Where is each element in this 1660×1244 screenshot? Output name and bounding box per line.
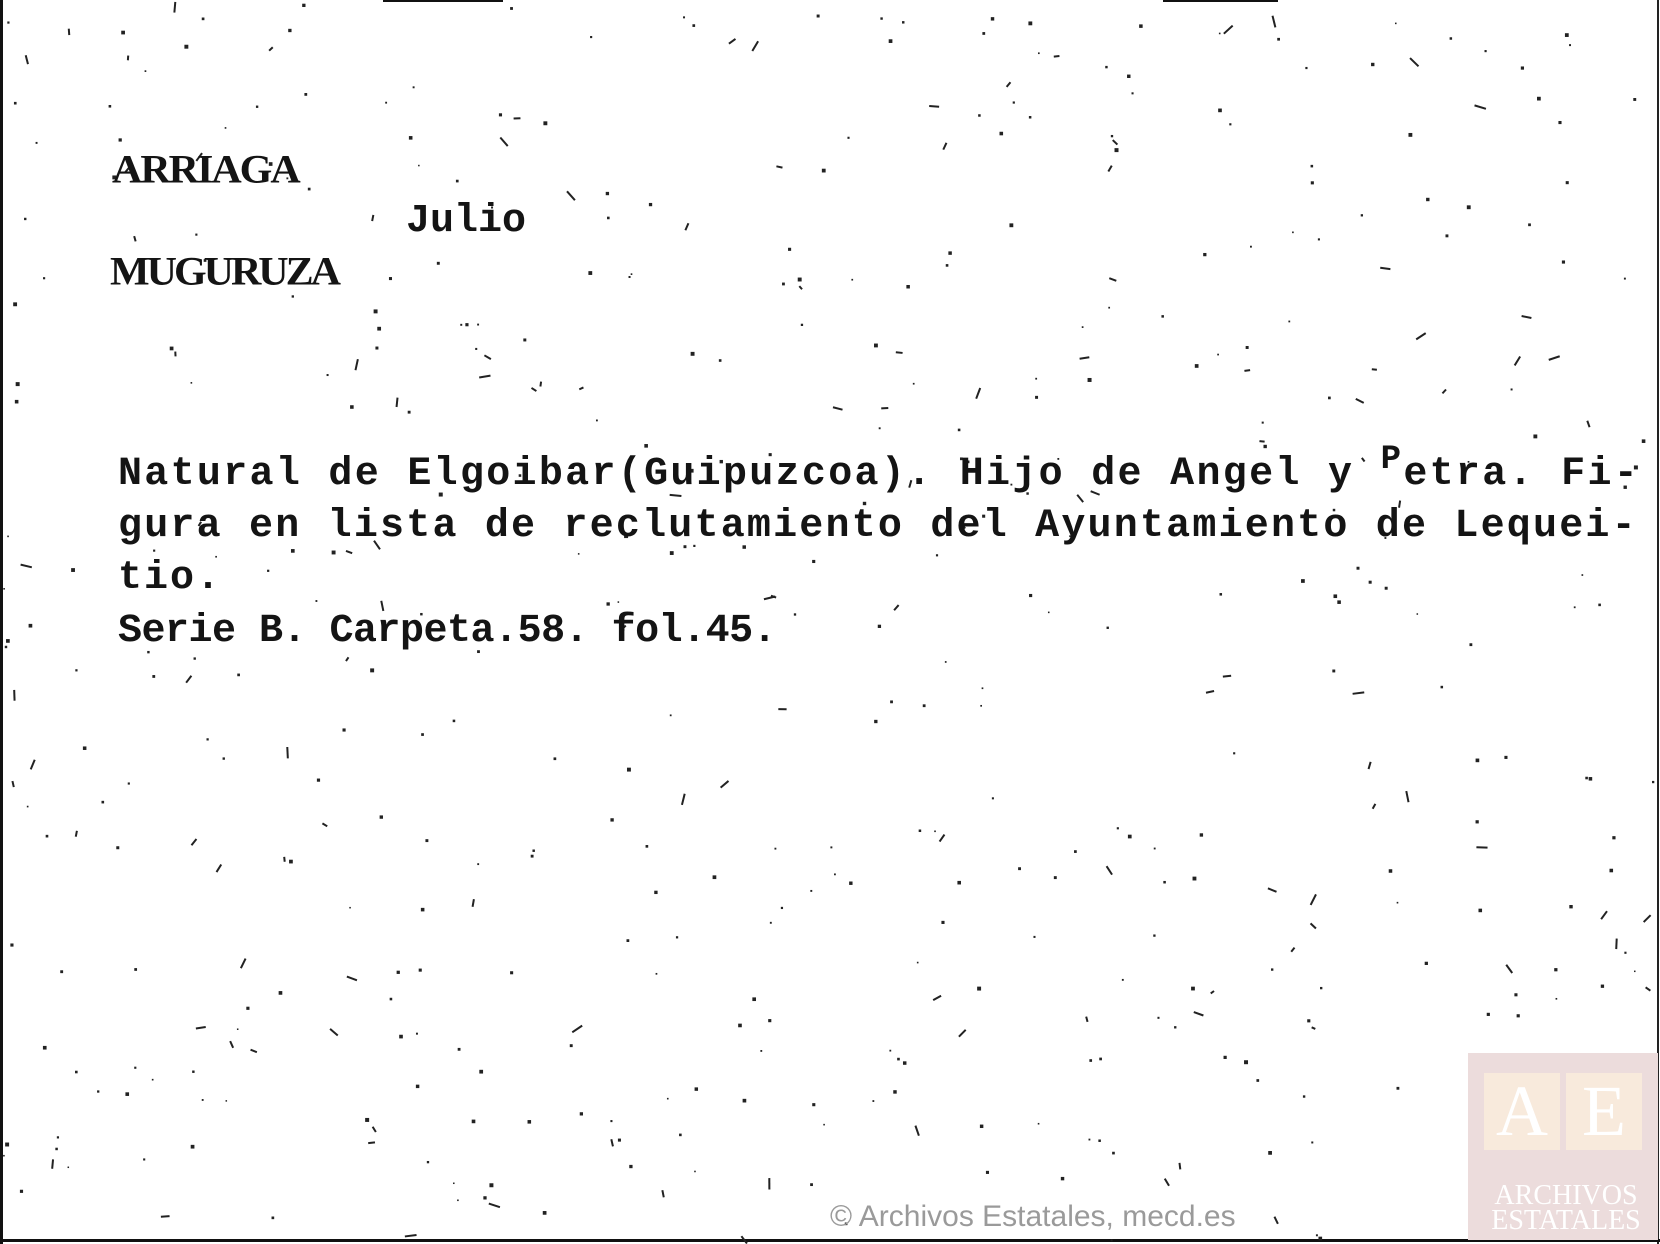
body-line-1-raised-letter: P — [1381, 441, 1404, 479]
body-line-1-text: Natural de Elgoibar(Guipuzcoa). Hijo de … — [118, 452, 1381, 497]
body-line-1-rest: etra. Fi- — [1403, 452, 1640, 497]
body-line-3: tio. — [118, 559, 222, 599]
card-top-edge — [1163, 0, 1278, 2]
given-name: Julio — [406, 202, 526, 242]
body-line-1: Natural de Elgoibar(Guipuzcoa). Hijo de … — [118, 455, 1640, 495]
logo-letter-e: E — [1566, 1073, 1642, 1150]
surname-second: MUGURUZA — [110, 252, 338, 292]
copyright-notice: © Archivos Estatales, mecd.es — [830, 1200, 1236, 1234]
body-line-2: gura en lista de reclutamiento del Ayunt… — [118, 507, 1638, 547]
logo-letter-a: A — [1484, 1073, 1560, 1150]
card-bottom-edge — [0, 1239, 1660, 1242]
card-top-edge — [383, 0, 503, 2]
logo-text-estatales: ESTATALES — [1480, 1208, 1652, 1234]
card-left-edge — [0, 0, 3, 1244]
body-line-4-reference: Serie B. Carpeta.58. fol.45. — [118, 612, 776, 652]
archivos-estatales-logo: A E ARCHIVOS ESTATALES — [1468, 1053, 1658, 1240]
index-card: ARRIAGA Julio MUGURUZA Natural de Elgoib… — [0, 0, 1660, 1244]
surname-first: ARRIAGA — [112, 150, 299, 190]
